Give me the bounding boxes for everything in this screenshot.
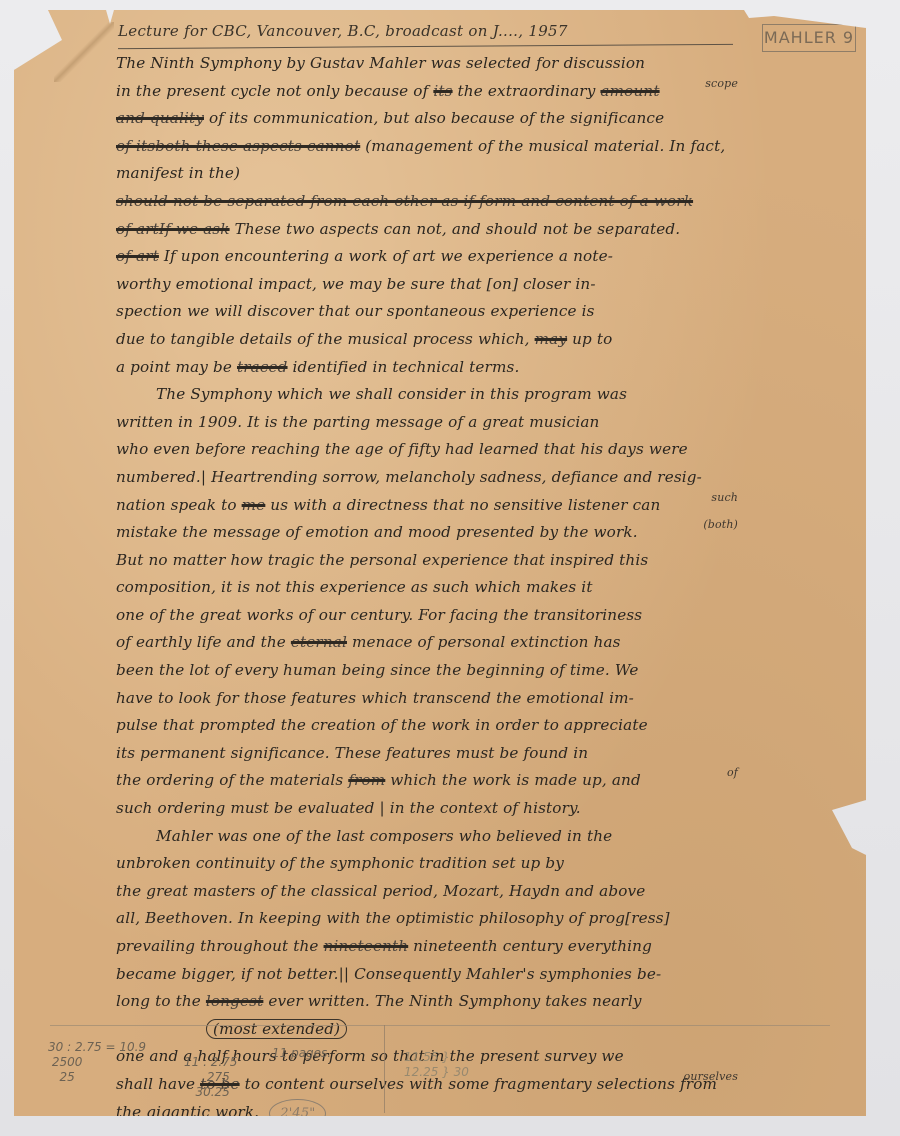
line-text: to content ourselves with some fragmenta…	[240, 1075, 717, 1093]
manuscript-line: in the present cycle not only because of…	[116, 78, 858, 106]
struck-text: of art	[116, 247, 159, 265]
line-text: These two aspects can not, and should no…	[230, 220, 681, 238]
manuscript-body: The Ninth Symphony by Gustav Mahler was …	[116, 50, 858, 1126]
line-text: its permanent significance. These featur…	[116, 744, 588, 762]
line-text: the gigantic work.	[116, 1103, 259, 1121]
line-text: us with a directness that no sensitive l…	[265, 496, 660, 514]
line-text: who even before reaching the age of fift…	[116, 440, 688, 458]
line-text: menace of personal extinction has	[347, 633, 621, 651]
struck-text: of its	[116, 137, 155, 155]
line-text: of earthly life and the	[116, 633, 291, 651]
pencil-page-count: 11 pages.	[272, 1046, 331, 1061]
manuscript-line: a point may be traced identified in tech…	[116, 354, 858, 382]
archive-tab-label: MAHLER 9	[762, 24, 856, 52]
interlinear-insertion: scope	[705, 70, 738, 98]
line-text: long to the	[116, 992, 206, 1010]
line-text: If upon encountering a work of art we ex…	[159, 247, 613, 265]
struck-text: traced	[237, 358, 288, 376]
line-text: unbroken continuity of the symphonic tra…	[116, 854, 564, 872]
folded-corner	[54, 22, 114, 82]
manuscript-line: nation speak to me us with a directness …	[116, 492, 858, 520]
manuscript-page: Lecture for CBC, Vancouver, B.C, broadca…	[14, 10, 866, 1116]
line-text: the great masters of the classical perio…	[116, 882, 645, 900]
line-text: in the present cycle not only because of	[116, 82, 433, 100]
struck-text: should not be separated from each other …	[116, 192, 693, 210]
pencil-timings-right: 11.55 } 12.25 } 30	[404, 1050, 469, 1080]
line-text: written in 1909. It is the parting messa…	[116, 413, 599, 431]
manuscript-line: of art If upon encountering a work of ar…	[116, 243, 858, 271]
manuscript-line: numbered.| Heartrending sorrow, melancho…	[116, 464, 858, 492]
struck-text: both these aspects cannot	[155, 137, 360, 155]
line-text: been the lot of every human being since …	[116, 661, 638, 679]
manuscript-line: have to look for those features which tr…	[116, 685, 858, 713]
struck-text: its	[433, 82, 452, 100]
manuscript-line: who even before reaching the age of fift…	[116, 436, 858, 464]
line-text: all, Beethoven. In keeping with the opti…	[116, 909, 670, 927]
circled-insertion: (most extended)	[206, 1019, 347, 1039]
manuscript-line: of artIf we ask These two aspects can no…	[116, 216, 858, 244]
manuscript-line: the gigantic work.2'45"	[116, 1099, 858, 1127]
interlinear-insertion: of	[727, 759, 738, 787]
line-text: spection we will discover that our spont…	[116, 302, 595, 320]
manuscript-line: should not be separated from each other …	[116, 188, 858, 216]
footer-divider	[384, 1025, 385, 1113]
interlinear-insertion: (both)	[703, 511, 738, 539]
pencil-calculation-left: 30 : 2.75 = 10.9 2500 25	[48, 1040, 146, 1085]
line-text: Mahler was one of the last composers who…	[156, 827, 612, 845]
manuscript-line: the great masters of the classical perio…	[116, 878, 858, 906]
manuscript-line: due to tangible details of the musical p…	[116, 326, 858, 354]
struck-text: from	[348, 771, 385, 789]
manuscript-line: unbroken continuity of the symphonic tra…	[116, 850, 858, 878]
line-text: of its communication, but also because o…	[204, 109, 664, 127]
line-text: nineteenth century everything	[408, 937, 652, 955]
line-text: a point may be	[116, 358, 237, 376]
line-text: composition, it is not this experience a…	[116, 578, 593, 596]
line-text: But no matter how tragic the personal ex…	[116, 551, 648, 569]
manuscript-line: manifest in the)	[116, 160, 858, 188]
manuscript-line: Mahler was one of the last composers who…	[116, 823, 858, 851]
line-text: one of the great works of our century. F…	[116, 606, 642, 624]
line-text: the extraordinary	[453, 82, 601, 100]
manuscript-line: became bigger, if not better.|| Conseque…	[116, 961, 858, 989]
manuscript-line: the ordering of the materials from which…	[116, 767, 858, 795]
line-text: pulse that prompted the creation of the …	[116, 716, 648, 734]
line-text: (management of the musical material. In …	[360, 137, 725, 155]
struck-text: nineteenth	[324, 937, 409, 955]
struck-text: may	[535, 330, 568, 348]
lecture-header: Lecture for CBC, Vancouver, B.C, broadca…	[118, 22, 568, 40]
manuscript-line: its permanent significance. These featur…	[116, 740, 858, 768]
interlinear-insertion: ourselves	[684, 1063, 738, 1091]
struck-text: and quality	[116, 109, 204, 127]
struck-text: me	[242, 496, 266, 514]
manuscript-line: written in 1909. It is the parting messa…	[116, 409, 858, 437]
manuscript-line: long to the longest ever written. The Ni…	[116, 988, 858, 1016]
line-text: have to look for those features which tr…	[116, 689, 634, 707]
manuscript-line: been the lot of every human being since …	[116, 657, 858, 685]
line-text: such ordering must be evaluated | in the…	[116, 799, 581, 817]
manuscript-line: of earthly life and the eternal menace o…	[116, 629, 858, 657]
line-text: worthy emotional impact, we may be sure …	[116, 275, 596, 293]
manuscript-line: (most extended)	[116, 1016, 858, 1044]
line-text: The Ninth Symphony by Gustav Mahler was …	[116, 54, 645, 72]
manuscript-line: The Symphony which we shall consider in …	[116, 381, 858, 409]
line-text: became bigger, if not better.|| Conseque…	[116, 965, 661, 983]
manuscript-line: The Ninth Symphony by Gustav Mahler was …	[116, 50, 858, 78]
line-text: numbered.| Heartrending sorrow, melancho…	[116, 468, 702, 486]
manuscript-line: pulse that prompted the creation of the …	[116, 712, 858, 740]
manuscript-line: But no matter how tragic the personal ex…	[116, 547, 858, 575]
manuscript-line: composition, it is not this experience a…	[116, 574, 858, 602]
line-text: ever written. The Ninth Symphony takes n…	[263, 992, 641, 1010]
manuscript-line: worthy emotional impact, we may be sure …	[116, 271, 858, 299]
manuscript-line: spection we will discover that our spont…	[116, 298, 858, 326]
struck-text: amount	[600, 82, 659, 100]
line-text: up to	[567, 330, 612, 348]
footer-rule	[50, 1025, 830, 1026]
struck-text: eternal	[291, 633, 347, 651]
interlinear-insertion: such	[711, 484, 738, 512]
line-text: identified in technical terms.	[288, 358, 520, 376]
struck-text: If we ask	[159, 220, 230, 238]
manuscript-line: prevailing throughout the nineteenth nin…	[116, 933, 858, 961]
line-text: prevailing throughout the	[116, 937, 324, 955]
line-text: which the work is made up, and	[385, 771, 641, 789]
line-text: due to tangible details of the musical p…	[116, 330, 535, 348]
line-text: the ordering of the materials	[116, 771, 348, 789]
struck-text: of art	[116, 220, 159, 238]
line-text: The Symphony which we shall consider in …	[156, 385, 627, 403]
scan-backdrop: Lecture for CBC, Vancouver, B.C, broadca…	[0, 0, 900, 1136]
header-underline	[118, 44, 733, 49]
manuscript-line: one of the great works of our century. F…	[116, 602, 858, 630]
line-text: nation speak to	[116, 496, 242, 514]
timing-mark-circled: 2'45"	[269, 1099, 326, 1129]
struck-text: longest	[206, 992, 263, 1010]
manuscript-line: and quality of its communication, but al…	[116, 105, 858, 133]
line-text: mistake the message of emotion and mood …	[116, 523, 638, 541]
manuscript-line: mistake the message of emotion and mood …	[116, 519, 858, 547]
manuscript-line: such ordering must be evaluated | in the…	[116, 795, 858, 823]
manuscript-line: all, Beethoven. In keeping with the opti…	[116, 905, 858, 933]
line-text: manifest in the)	[116, 164, 240, 182]
pencil-calculation-middle: 11 . 2.75 275 30.25	[184, 1055, 237, 1100]
manuscript-line: of itsboth these aspects cannot (managem…	[116, 133, 858, 161]
